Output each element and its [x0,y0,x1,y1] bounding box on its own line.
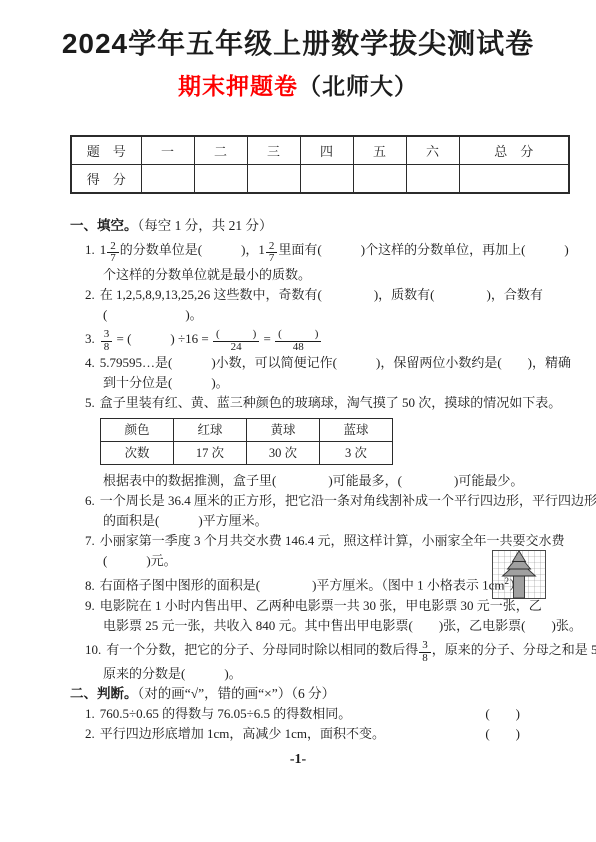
question-line: 6.一个周长是 36.4 厘米的正方形，把它沿一条对角线割补成一个平行四边形，平… [70,491,573,511]
text-run: 原来的分数是( )。 [103,666,242,681]
question-number: 1. [85,704,95,724]
tree-trunk [514,574,525,598]
text-run: 个这样的分数单位就是最小的质数。 [103,267,311,282]
text-run: 平行四边形底增加 1cm，高减少 1cm，面积不变。 [100,726,385,741]
fraction: 38 [419,640,431,664]
score-header-cell: 五 [353,136,406,165]
score-empty-cell [406,165,459,194]
score-empty-cell [300,165,353,194]
score-table: 题 号 一 二 三 四 五 六 总 分 得 分 [70,135,570,194]
question-number: 1. [85,236,95,264]
score-row-label: 得 分 [71,165,141,194]
text-run: 一个周长是 36.4 厘米的正方形，把它沿一条对角线割补成一个平行四边形，平行四… [100,493,596,508]
table-cell: 黄球 [247,419,320,442]
table-cell: 次数 [101,442,174,465]
fraction: ( )24 [213,329,259,353]
score-empty-cell [141,165,194,194]
question-line: 10.有一个分数，把它的分子、分母同时除以相同的数后得38，原来的分子、分母之和… [70,636,573,665]
question-number: 10. [85,636,101,664]
question-number: 6. [85,491,95,511]
question-line: 根据表中的数据推测，盒子里( )可能最多，( )可能最少。 [70,471,573,491]
question-line: ( )。 [70,305,573,325]
question-number: 3. [85,325,95,353]
tf-item: 1.760.5÷0.65 的得数与 76.05÷6.5 的得数相同。( ) [70,704,573,724]
section-heading-bold: 二、判断。 [70,686,138,701]
score-header-cell: 总 分 [459,136,569,165]
score-empty-cell [247,165,300,194]
text-run: = ( ) ÷16 = [113,331,212,346]
score-header-cell: 四 [300,136,353,165]
tf-text: 1.760.5÷0.65 的得数与 76.05÷6.5 的得数相同。 [70,704,351,724]
fraction: ( )48 [275,329,321,353]
table-cell: 3 次 [320,442,393,465]
score-table-score-row: 得 分 [71,165,569,194]
fraction: 27 [266,241,278,265]
tf-text: 2.平行四边形底增加 1cm，高减少 1cm，面积不变。 [70,724,385,744]
text-run: 到十分位是( )。 [103,375,229,390]
text-run: 盒子里装有红、黄、蓝三种颜色的玻璃球，淘气摸了 50 次，摸球的情况如下表。 [100,395,562,410]
text-run: ，原来的分子、分母之和是 55。 [432,642,596,657]
question-line: 1.127的分数单位是( )，127里面有( )个这样的分数单位，再加上( ) [70,236,573,265]
page-subtitle: 期末押题卷（北师大） [0,68,596,101]
subtitle-red-part: 期末押题卷 [178,73,298,99]
answer-blank: ( ) [485,704,520,724]
question-number: 8. [85,576,95,596]
question-line: 电影票 25 元一张，共收入 840 元。其中售出甲电影票( )张，乙电影票( … [70,616,573,636]
section-heading: 二、判断。（对的画“√”，错的画“×”）（6 分） [70,684,573,704]
text-run: 在 1,2,5,8,9,13,25,26 这些数中，奇数有( )，质数有( )，… [100,287,543,302]
table-cell: 30 次 [247,442,320,465]
question-number: 7. [85,531,95,551]
question-number: 2. [85,285,95,305]
table-cell: 17 次 [174,442,247,465]
question-line: 2.在 1,2,5,8,9,13,25,26 这些数中，奇数有( )，质数有( … [70,285,573,305]
question-number: 4. [85,353,95,373]
page-title: 2024学年五年级上册数学拔尖测试卷 [0,22,596,62]
score-empty-cell [353,165,406,194]
table-cell: 颜色 [101,419,174,442]
score-empty-cell [459,165,569,194]
question-line: 7.小丽家第一季度 3 个月共交水费 146.4 元，照这样计算，小丽家全年一共… [70,531,573,551]
section-heading: 一、填空。（每空 1 分，共 21 分） [70,216,573,236]
page-number: -1- [0,752,596,768]
text-run: 的面积是( )平方厘米。 [103,513,268,528]
question-number: 2. [85,724,95,744]
table-row: 次数17 次30 次3 次 [101,442,393,465]
text-run: = [260,331,274,346]
text-run: 根据表中的数据推测，盒子里( )可能最多，( )可能最少。 [103,473,523,488]
grid-tree-figure [492,550,546,599]
section-heading-note: （每空 1 分，共 21 分） [138,218,273,233]
fraction: 38 [101,329,113,353]
question-line: 原来的分数是( )。 [70,664,573,684]
score-header-cell: 二 [194,136,247,165]
question-line: 的面积是( )平方厘米。 [70,511,573,531]
text-run: ( )。 [103,307,203,322]
text-run: ( )元。 [103,553,177,568]
text-run: 右面格子图中图形的面积是( )平方厘米。（图中 1 小格表示 1cm [100,578,505,593]
text-run: 有一个分数，把它的分子、分母同时除以相同的数后得 [106,642,418,657]
test-paper-page: 2024学年五年级上册数学拔尖测试卷 期末押题卷（北师大） 题 号 一 二 三 … [0,0,596,842]
table-cell: 红球 [174,419,247,442]
table-row: 颜色红球黄球蓝球 [101,419,393,442]
text-run: 电影院在 1 小时内售出甲、乙两种电影票一共 30 张，甲电影票 30 元一张，… [100,598,542,613]
question-line: 3.38 = ( ) ÷16 = ( )24 = ( )48 [70,325,573,354]
question-line: 个这样的分数单位就是最小的质数。 [70,265,573,285]
questions-area: 一、填空。（每空 1 分，共 21 分）1.127的分数单位是( )，127里面… [70,216,573,744]
score-header-cell: 六 [406,136,459,165]
score-table-header-row: 题 号 一 二 三 四 五 六 总 分 [71,136,569,165]
question-line: 到十分位是( )。 [70,373,573,393]
score-empty-cell [194,165,247,194]
subtitle-black-part: （北师大） [298,73,418,99]
score-header-cell: 题 号 [71,136,141,165]
text-run: 760.5÷0.65 的得数与 76.05÷6.5 的得数相同。 [100,706,352,721]
ball-frequency-table: 颜色红球黄球蓝球次数17 次30 次3 次 [100,418,393,465]
section-heading-bold: 一、填空。 [70,218,138,233]
table-cell: 蓝球 [320,419,393,442]
answer-blank: ( ) [485,724,520,744]
question-number: 5. [85,393,95,413]
question-line: 5.盒子里装有红、黄、蓝三种颜色的玻璃球，淘气摸了 50 次，摸球的情况如下表。 [70,393,573,413]
section-heading-note: （对的画“√”，错的画“×”）（6 分） [138,686,336,701]
text-run: 电影票 25 元一张，共收入 840 元。其中售出甲电影票( )张，乙电影票( … [103,618,582,633]
score-header-cell: 三 [247,136,300,165]
fraction: 27 [107,241,119,265]
tf-item: 2.平行四边形底增加 1cm，高减少 1cm，面积不变。( ) [70,724,573,744]
text-run: 的分数单位是( )，1 [120,242,265,257]
text-run: 1 [100,242,107,257]
score-header-cell: 一 [141,136,194,165]
question-line: 4.5.79595…是( )小数，可以简便记作( )，保留两位小数约是( )，精… [70,353,573,373]
text-run: 里面有( )个这样的分数单位，再加上( ) [278,242,568,257]
question-number: 9. [85,596,95,616]
text-run: 小丽家第一季度 3 个月共交水费 146.4 元，照这样计算，小丽家全年一共要交… [100,533,565,548]
text-run: 5.79595…是( )小数，可以简便记作( )，保留两位小数约是( )，精确 [100,355,571,370]
